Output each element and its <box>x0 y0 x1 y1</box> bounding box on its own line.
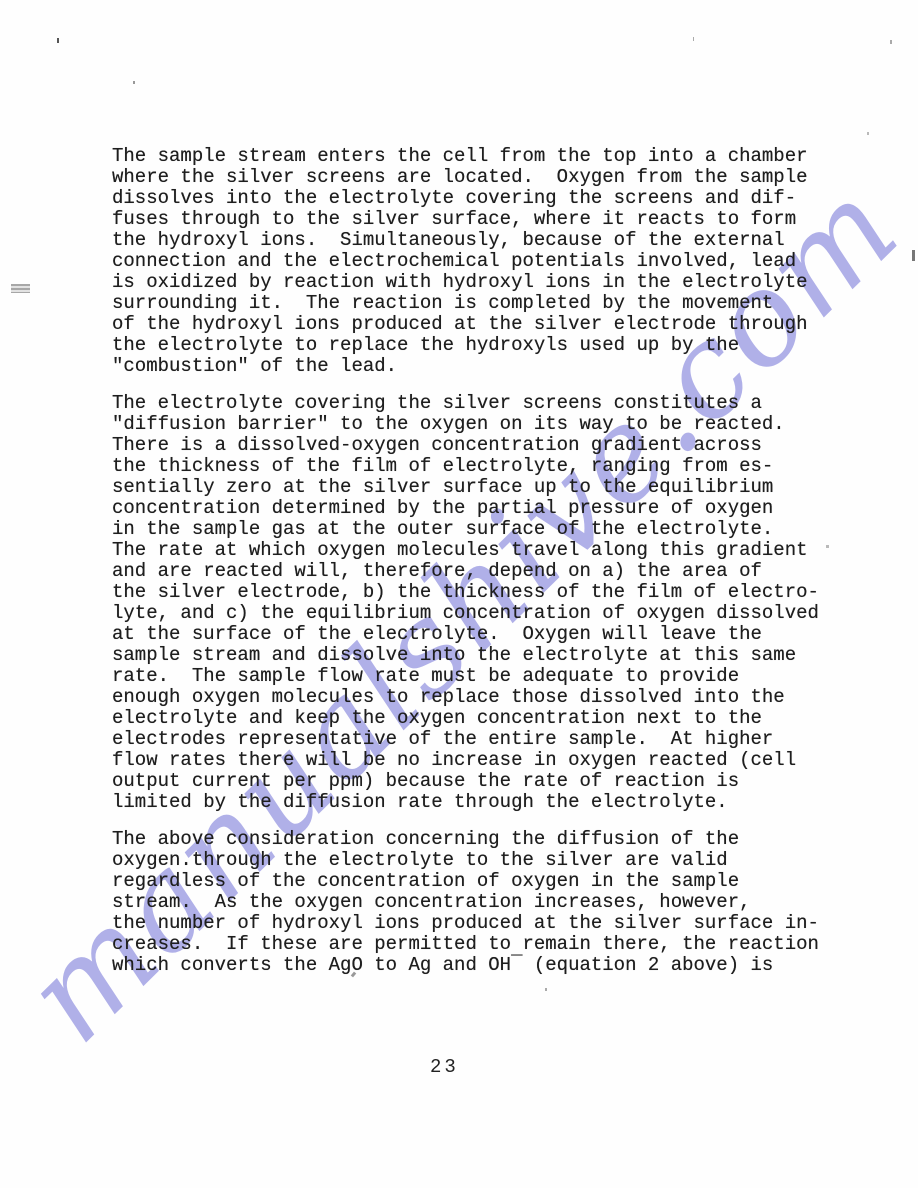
scan-speck <box>693 37 694 41</box>
scan-speck <box>57 38 59 43</box>
scan-smudge-left-edge <box>11 284 30 293</box>
scan-speck-right-edge <box>912 250 915 261</box>
page-number: 23 <box>430 1056 459 1078</box>
scan-speck <box>133 81 135 84</box>
paragraph-diffusion-barrier: The electrolyte covering the silver scre… <box>112 393 832 813</box>
body-text: The sample stream enters the cell from t… <box>112 146 832 992</box>
paragraph-sample-stream: The sample stream enters the cell from t… <box>112 146 832 377</box>
scan-speck <box>890 40 892 44</box>
paragraph-above-consideration: The above consideration concerning the d… <box>112 829 832 976</box>
scan-speck <box>867 132 869 135</box>
document-page: manualshive.com The sample stream enters… <box>0 0 918 1188</box>
